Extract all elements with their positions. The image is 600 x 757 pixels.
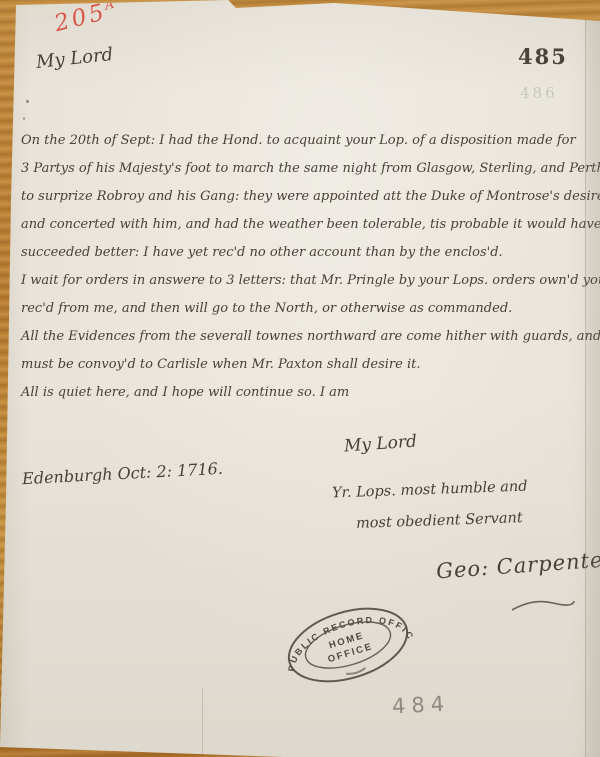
body-line: succeeded better: I have yet rec'd no ot… — [21, 239, 593, 267]
signature: Geo: Carpenter. — [435, 547, 600, 584]
place-and-date: Edenburgh Oct: 2: 1716. — [22, 459, 224, 488]
ink-speck — [26, 100, 29, 103]
folio-number: 485 — [518, 44, 568, 69]
paper-crease — [202, 688, 203, 757]
closing-line: most obedient Servant — [356, 510, 523, 532]
closing-salutation: My Lord — [343, 431, 417, 456]
body-line: rec'd from me, and then will go to the N… — [21, 295, 593, 323]
stamp-ring-text: PUBLIC RECORD OFFICE — [268, 582, 417, 681]
salutation: My Lord — [35, 44, 114, 73]
body-line: I wait for orders in answere to 3 letter… — [21, 267, 593, 295]
public-record-office-stamp: PUBLIC RECORD OFFICE HOME OFFICE — [268, 582, 428, 709]
letter-paper-sheet: 205A 485 486 My Lord On the 20th of Sept… — [0, 0, 600, 757]
photograph-of-letter-on-wooden-table: 205A 485 486 My Lord On the 20th of Sept… — [0, 0, 600, 757]
body-line: All is quiet here, and I hope will conti… — [21, 379, 593, 407]
faint-bleedthrough-number: 486 — [520, 84, 558, 102]
paper-edge-fold — [585, 18, 600, 757]
ink-speck — [23, 117, 25, 120]
body-line: All the Evidences from the severall town… — [21, 323, 593, 351]
body-line: 3 Partys of his Majesty's foot to march … — [21, 155, 593, 183]
body-line: must be convoy'd to Carlisle when Mr. Pa… — [21, 351, 593, 379]
closing-line: Yr. Lops. most humble and — [332, 479, 528, 502]
red-reference-digits: 205 — [52, 0, 110, 37]
letter-body: On the 20th of Sept: I had the Hond. to … — [21, 127, 593, 407]
signature-flourish — [508, 596, 578, 614]
pencil-folio-number: 484 — [391, 691, 450, 718]
body-line: to surprize Robroy and his Gang: they we… — [21, 183, 593, 211]
red-reference-number: 205A — [52, 0, 119, 37]
body-line: On the 20th of Sept: I had the Hond. to … — [21, 127, 593, 155]
body-line: and concerted with him, and had the weat… — [21, 211, 593, 239]
